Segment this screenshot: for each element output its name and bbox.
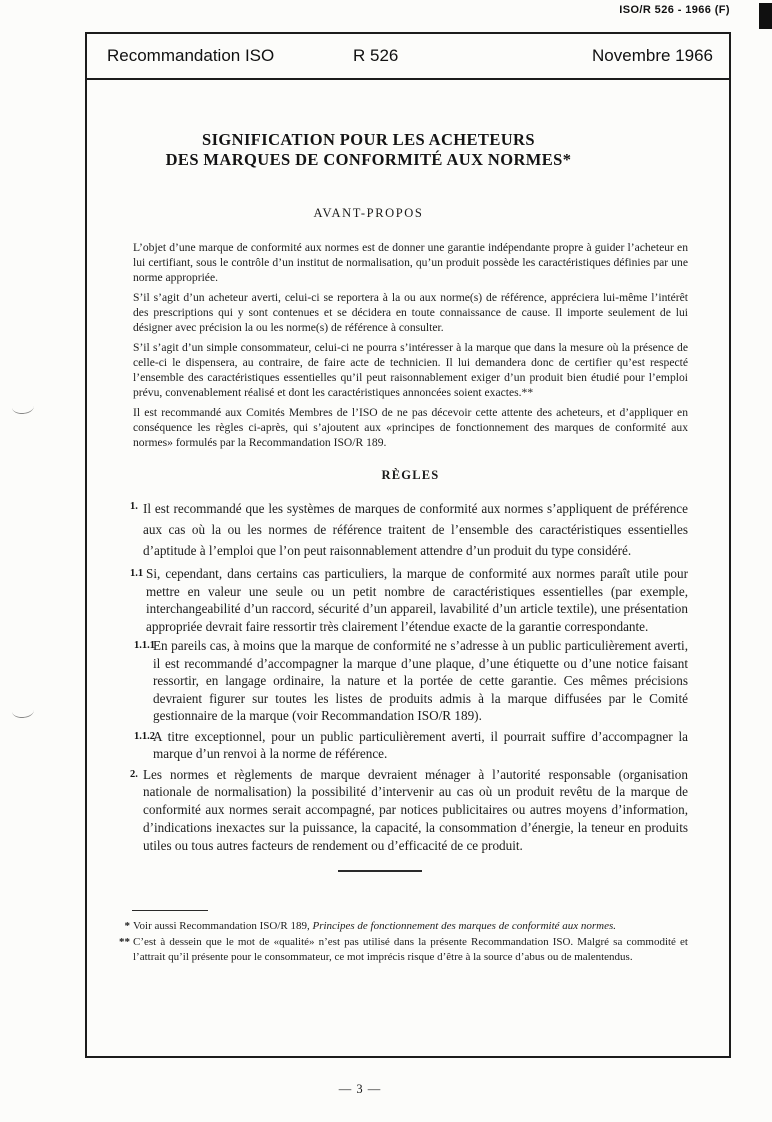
footnotes-section: * Voir aussi Recommandation ISO/R 189, P…: [133, 919, 688, 965]
avant-propos-paragraph: S’il s’agit d’un acheteur averti, celui-…: [133, 290, 688, 335]
page-title: SIGNIFICATION POUR LES ACHETEURS DES MAR…: [133, 130, 604, 170]
regles-heading: RÈGLES: [133, 468, 688, 483]
footnote-separator: [132, 910, 208, 911]
scan-corner-mark: [759, 3, 772, 29]
header-recommendation-label: Recommandation ISO: [107, 46, 274, 66]
rule-text: Il est recommandé que les systèmes de ma…: [143, 498, 688, 561]
avant-propos-paragraph: S’il s’agit d’un simple consommateur, ce…: [133, 340, 688, 400]
avant-propos-paragraph: Il est recommandé aux Comités Membres de…: [133, 405, 688, 450]
footnote-2: ** C’est à dessein que le mot de «qualit…: [117, 935, 688, 965]
page-title-line1: SIGNIFICATION POUR LES ACHETEURS: [133, 130, 604, 150]
section-end-separator: [338, 870, 422, 872]
rule-number: 1.1.1: [134, 637, 153, 725]
doc-reference: ISO/R 526 - 1966 (F): [619, 4, 730, 16]
footnote-text-italic: Principes de fonctionnement des marques …: [312, 920, 616, 932]
rule-text: A titre exceptionnel, pour un public par…: [153, 728, 688, 763]
avant-propos-paragraph: L’objet d’une marque de conformité aux n…: [133, 240, 688, 285]
footnote-1: * Voir aussi Recommandation ISO/R 189, P…: [117, 919, 688, 934]
page-title-line2: DES MARQUES DE CONFORMITÉ AUX NORMES*: [133, 150, 604, 170]
avant-propos-section: L’objet d’une marque de conformité aux n…: [133, 240, 688, 450]
footnote-text: C’est à dessein que le mot de «qualité» …: [133, 935, 688, 965]
rule-number: 1.: [130, 498, 143, 561]
rule-text: Si, cependant, dans certains cas particu…: [146, 565, 688, 635]
regles-section: 1. Il est recommandé que les systèmes de…: [133, 498, 688, 854]
rule-item-1-1-2: 1.1.2 A titre exceptionnel, pour un publ…: [134, 728, 688, 763]
footnote-text-regular: C’est à dessein que le mot de «qualité» …: [133, 936, 688, 963]
rule-item-1: 1. Il est recommandé que les systèmes de…: [130, 498, 688, 561]
header-standard-number: R 526: [353, 46, 398, 66]
footnote-text: Voir aussi Recommandation ISO/R 189, Pri…: [133, 919, 688, 934]
scan-margin-tick-top: [12, 403, 35, 415]
footnote-text-regular: Voir aussi Recommandation ISO/R 189,: [133, 920, 312, 932]
footnote-marker: **: [117, 935, 133, 965]
rule-text: Les normes et règlements de marque devra…: [143, 766, 688, 855]
document-frame: Recommandation ISO R 526 Novembre 1966 S…: [85, 32, 731, 1058]
rule-number: 1.1.2: [134, 728, 153, 763]
rule-text: En pareils cas, à moins que la marque de…: [153, 637, 688, 725]
rule-item-2: 2. Les normes et règlements de marque de…: [130, 766, 688, 855]
title-block: SIGNIFICATION POUR LES ACHETEURS DES MAR…: [133, 130, 604, 221]
rule-item-1-1-1: 1.1.1 En pareils cas, à moins que la mar…: [134, 637, 688, 725]
document-header-row: Recommandation ISO R 526 Novembre 1966: [87, 34, 729, 80]
scan-margin-tick-bottom: [12, 707, 35, 719]
rule-number: 1.1: [130, 565, 146, 635]
header-date: Novembre 1966: [592, 46, 713, 66]
avant-propos-heading: AVANT-PROPOS: [133, 206, 604, 221]
rule-number: 2.: [130, 766, 143, 855]
page-number: — 3 —: [0, 1082, 720, 1097]
footnote-marker: *: [117, 919, 133, 934]
document-body: SIGNIFICATION POUR LES ACHETEURS DES MAR…: [87, 130, 729, 965]
rule-item-1-1: 1.1 Si, cependant, dans certains cas par…: [130, 565, 688, 635]
